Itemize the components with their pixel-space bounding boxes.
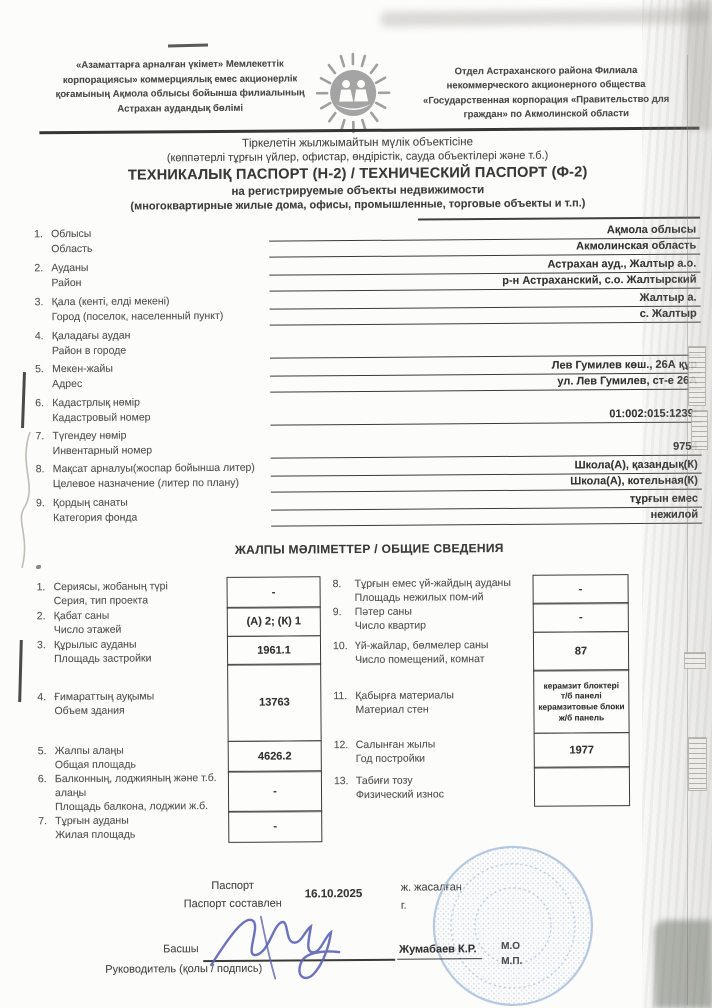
- item-label-kk: Қабырға материалы: [355, 689, 454, 704]
- field-row-3: 3. Қала (кенті, елді мекені) Город (посе…: [35, 291, 701, 328]
- field-row-1: 1. Облысы Область Ақмола облысы Акмолинс…: [34, 223, 700, 260]
- field-label-kk: Қала (кенті, елді мекені): [52, 294, 270, 311]
- item-label-ru: Физический износ: [356, 787, 444, 802]
- field-number: 7.: [35, 429, 44, 444]
- field-label-kk: Түгендеу нөмір: [52, 428, 270, 445]
- field-label-kk: Қаладағы аудан: [52, 328, 270, 345]
- place-of-stamp-label: М.О М.П.: [501, 939, 522, 969]
- org-name-russian: Отдел Астраханского района Филиала неком…: [403, 64, 689, 123]
- item-label-ru: Объем здания: [54, 704, 154, 719]
- item-label-kk: Табиғи тозу: [356, 773, 444, 788]
- item-number: 10.: [333, 639, 348, 653]
- field-row-8: 8. Мақсат арналуы(жоспар бойынша литер) …: [36, 458, 702, 495]
- field-row-6: 6. Кадастрлық нөмір Кадастровый номер 01…: [35, 392, 701, 428]
- field-label-ru: Город (поселок, населенный пункт): [52, 309, 270, 326]
- item-label-ru: Площадь балкона, лоджии ж.б.: [55, 799, 217, 814]
- field-row-5: 5. Мекен-жайы Адрес Лев Гумилев көш., 26…: [35, 358, 701, 395]
- general-item-10: 10. Үй-жайлар, бөлмелер саны Число помещ…: [333, 631, 629, 673]
- item-number: 11.: [333, 689, 347, 703]
- item-number: 6.: [38, 772, 47, 786]
- general-item-4: 4. Ғимараттың ауқымы Объем здания 13763: [37, 663, 322, 743]
- general-item-2: 2. Қабат саны Число этажей (А) 2; (К) 1: [37, 607, 321, 639]
- item-number: 8.: [333, 577, 342, 591]
- document-content: «Азаматтарға арналған үкімет» Мемлекетті…: [0, 0, 712, 1008]
- item-value-box: -: [227, 576, 321, 609]
- general-item-13: 13. Табиғи тозу Физический износ: [334, 766, 630, 808]
- field-value-ru: нежилой: [271, 508, 702, 527]
- general-left-column: 1. Сериясы, жобаның түрі Серия, тип прое…: [37, 576, 323, 844]
- item-number: 1.: [37, 580, 46, 594]
- field-number: 4.: [35, 329, 44, 344]
- field-label-ru: Адрес: [52, 376, 270, 393]
- general-item-7: 7. Тұрғын ауданы Жилая площадь -: [38, 811, 322, 845]
- field-number: 5.: [35, 362, 44, 377]
- general-item-3: 3. Құрылыс ауданы Площадь застройки 1961…: [37, 635, 321, 667]
- field-row-4: 4. Қаладағы аудан Район в городе: [35, 325, 701, 361]
- item-label-ru: Серия, тип проекта: [54, 593, 168, 608]
- passport-date: 16.10.2025: [305, 888, 363, 900]
- item-number: 12.: [334, 738, 349, 752]
- field-label-ru: Область: [51, 241, 269, 258]
- item-number: 9.: [333, 606, 342, 620]
- item-number: 7.: [38, 815, 47, 829]
- field-label-ru: Район в городе: [52, 343, 270, 360]
- item-value-box: 1961.1: [227, 635, 321, 666]
- item-label-kk: Сериясы, жобаның түрі: [54, 579, 168, 594]
- title-main: ТЕХНИКАЛЫҚ ПАСПОРТ (Н-2) / ТЕХНИЧЕСКИЙ П…: [34, 164, 682, 185]
- item-value-box: 1977: [534, 732, 630, 769]
- chief-name: Жумабаев К.Р.: [397, 943, 483, 960]
- item-value-box: -: [533, 603, 629, 634]
- field-label-ru: Инвентарный номер: [53, 443, 271, 460]
- item-value-box: -: [228, 811, 322, 844]
- field-value-ru: [270, 340, 701, 359]
- blank-fill-line: [418, 217, 700, 221]
- item-label-kk: Ғимараттың ауқымы: [54, 690, 154, 705]
- item-label-ru: Жилая площадь: [55, 828, 135, 843]
- field-number: 8.: [36, 462, 45, 477]
- general-item-11: 11. Қабырға материалы Материал стен кера…: [333, 669, 629, 735]
- item-label-kk: Үй-жайлар, бөлмелер саны: [355, 638, 489, 653]
- field-value-ru: р-н Астраханский, с.о. Жалтырский: [269, 273, 700, 292]
- field-value-ru: Акмолинская область: [269, 239, 700, 258]
- item-label-ru: Материал стен: [355, 703, 454, 718]
- document-title-block: Тіркелетін жылжымайтын мүлік объектісіне…: [33, 135, 682, 214]
- item-label-kk: Салынған жылы: [356, 737, 436, 752]
- item-label-kk: Тұрғын ауданы: [55, 814, 135, 829]
- item-value-box: керамзит блоктері т/б панелі керамзитовы…: [533, 669, 629, 734]
- handwritten-signature: [205, 906, 386, 987]
- general-item-9: 9. Пәтер саны Число квартир -: [333, 603, 629, 635]
- item-number: 2.: [37, 610, 46, 624]
- item-label-ru: Число квартир: [355, 619, 426, 633]
- field-value-ru: 9754: [271, 440, 702, 459]
- field-value-ru: ул. Лев Гумилев, ст-е 26А: [270, 374, 701, 393]
- item-number: 3.: [37, 638, 46, 652]
- org-name-kazakh: «Азаматтарға арналған үкімет» Мемлекетті…: [49, 57, 311, 118]
- item-label-ru: Площадь нежилых пом-ий: [355, 590, 511, 605]
- item-value-box: [534, 766, 630, 807]
- item-value-box: -: [532, 574, 628, 605]
- item-number: 13.: [334, 774, 349, 788]
- general-info-heading: ЖАЛПЫ МӘЛІМЕТТЕР / ОБЩИЕ СВЕДЕНИЯ: [36, 540, 702, 559]
- field-value-ru: Школа(А), котельная(К): [271, 474, 702, 493]
- item-label-kk: Қабат саны: [54, 609, 122, 623]
- field-label-kk: Мекен-жайы: [52, 361, 270, 378]
- field-label-kk: Облысы: [51, 226, 269, 243]
- field-number: 9.: [36, 496, 45, 511]
- field-label-kk: Мақсат арналуы(жоспар бойынша литер): [53, 461, 271, 478]
- item-value-box: 4626.2: [228, 740, 322, 773]
- field-label-ru: Категория фонда: [53, 510, 271, 527]
- field-value-ru: с. Жалтыр: [270, 307, 701, 326]
- item-label-ru: Площадь застройки: [54, 651, 151, 666]
- general-right-column: 8. Тұрғын емес үй-жайдың ауданы Площадь …: [333, 574, 631, 808]
- item-value-box: (А) 2; (К) 1: [227, 607, 321, 638]
- field-label-ru: Целевое назначение (литер по плану): [53, 476, 271, 493]
- round-stamp: [426, 841, 599, 1008]
- general-item-5: 5. Жалпы алаңы Общая площадь 4626.2: [38, 740, 322, 774]
- field-label-ru: Район: [51, 275, 269, 292]
- field-number: 2.: [34, 261, 43, 276]
- item-label-ru: Год постройки: [356, 751, 436, 766]
- title-subline-ru: (многоквартирные жилые дома, офисы, пром…: [34, 197, 682, 214]
- government-for-citizens-logo-icon: [303, 52, 404, 135]
- chief-label-kk: Басшы: [163, 943, 199, 955]
- item-number: 4.: [37, 690, 46, 704]
- item-value-box: -: [228, 770, 322, 813]
- field-number: 6.: [35, 396, 44, 411]
- item-label-kk: Тұрғын емес үй-жайдың ауданы: [355, 576, 511, 591]
- general-item-6: 6. Балконның, лоджияның және т.б. алаңы …: [38, 770, 322, 814]
- scanned-technical-passport-page: «Азаматтарға арналған үкімет» Мемлекетті…: [0, 0, 712, 1008]
- item-value-box: 13763: [227, 663, 322, 742]
- item-label-ru: Число этажей: [54, 623, 122, 637]
- field-row-2: 2. Ауданы Район Астрахан ауд., Жалтыр а.…: [34, 257, 700, 294]
- address-fields-section: 1. Облысы Область Ақмола облысы Акмолинс…: [34, 223, 702, 531]
- item-label-ru: Общая площадь: [55, 757, 136, 772]
- passport-made-kk: Паспорт: [168, 876, 298, 895]
- general-item-1: 1. Сериясы, жобаның түрі Серия, тип прое…: [37, 576, 321, 610]
- field-number: 1.: [34, 227, 43, 242]
- field-label-kk: Қордың санаты: [53, 495, 271, 512]
- general-info-section: ЖАЛПЫ МӘЛІМЕТТЕР / ОБЩИЕ СВЕДЕНИЯ 1. Сер…: [36, 540, 702, 559]
- item-label-kk: Құрылыс ауданы: [54, 637, 151, 652]
- field-row-9: 9. Қордың санаты Категория фонда тұрғын …: [36, 492, 702, 529]
- item-label-kk: Жалпы алаңы: [55, 743, 136, 758]
- general-item-12: 12. Салынған жылы Год постройки 1977: [334, 732, 630, 770]
- field-label-kk: Кадастрлық нөмір: [52, 395, 270, 412]
- field-number: 3.: [35, 295, 44, 310]
- item-label-kk: Балконның, лоджияның және т.б. алаңы: [55, 771, 217, 800]
- field-label-ru: Кадастровый номер: [52, 410, 270, 427]
- field-label-kk: Ауданы: [51, 260, 269, 277]
- item-value-box: 87: [533, 631, 629, 672]
- title-subline-kk: (көппәтерлі тұрғын үйлер, офистар, өндір…: [34, 149, 682, 166]
- item-label-kk: Пәтер саны: [355, 605, 426, 619]
- item-number: 5.: [38, 744, 47, 758]
- item-label-ru: Число помещений, комнат: [355, 652, 489, 667]
- field-row-7: 7. Түгендеу нөмір Инвентарный номер 9754: [35, 425, 701, 461]
- general-item-8: 8. Тұрғын емес үй-жайдың ауданы Площадь …: [333, 574, 629, 606]
- field-value-ru: 01:002:015:1239:: [270, 407, 701, 426]
